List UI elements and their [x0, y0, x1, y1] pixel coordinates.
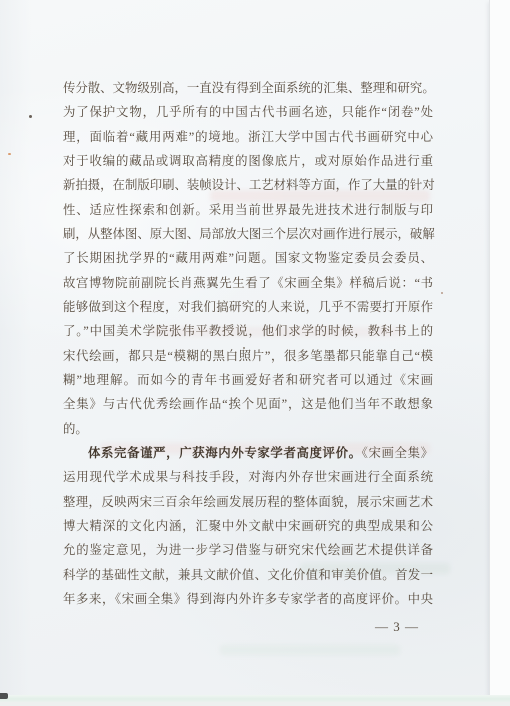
text-line: 性、适应性探索和创新。采用当前世界最先进技术进行制版与印 — [63, 198, 433, 222]
paper-speck — [441, 292, 443, 294]
text-line: 故宫博物院前副院长肖燕翼先生看了《宋画全集》样稿后说：“书 — [63, 271, 433, 295]
text-line: 理，面临着“藏用两难”的境地。浙江大学中国古代书画研究中心 — [63, 125, 433, 149]
line-rest: 《宋画全集》 — [362, 446, 433, 460]
scan-page-bottom-edge — [0, 695, 510, 702]
text-line: 宋代绘画，都只是“模糊的黑白照片”，很多笔墨都只能靠自己“模 — [63, 344, 433, 368]
bold-lead-in: 体系完备谨严，广获海内外专家学者高度评价。 — [88, 446, 362, 460]
paper-speck — [243, 347, 245, 349]
scan-background-strip — [0, 702, 510, 706]
text-line: 整理，反映两宋三百余年绘画发展历程的整体面貌，展示宋画艺术 — [63, 490, 433, 514]
text-line: 体系完备谨严，广获海内外专家学者高度评价。《宋画全集》 — [63, 441, 433, 465]
text-line: 糊”地理解。而如今的青年书画爱好者和研究者可以通过《宋画 — [63, 368, 433, 392]
text-line: 为了保护文物，几乎所有的中国古代书画名迹，只能作“闭卷”处 — [63, 100, 433, 124]
text-line: 全集》与古代优秀绘画作品“挨个见面”，这是他们当年不敢想象 — [63, 392, 433, 416]
text-line: 对于收编的藏品或调取高精度的图像底片，或对原始作品进行重 — [63, 149, 433, 173]
text-line: 传分散、文物级别高，一直没有得到全面系统的汇集、整理和研究。 — [63, 76, 433, 100]
scan-corner-notch — [0, 693, 8, 699]
ink-bleedthrough-artifact — [220, 645, 400, 655]
text-line: 年多来，《宋画全集》得到海内外许多专家学者的高度评价。中央 — [63, 587, 433, 611]
text-line: 运用现代学术成果与科技手段，对海内外存世宋画进行全面系统 — [63, 465, 433, 489]
text-line: 了长期困扰学界的“藏用两难”问题。国家文物鉴定委员会委员、 — [63, 246, 433, 270]
scan-page-right-edge — [489, 0, 510, 706]
text-line: 新拍摄，在制版印刷、装帧设计、工艺材料等方面，作了大量的针对 — [63, 173, 433, 197]
paper-speck — [29, 115, 32, 118]
paper-speck — [8, 153, 11, 155]
text-line: 了。”中国美术学院张伟平教授说，他们求学的时候，教科书上的 — [63, 319, 433, 343]
scanned-page: 传分散、文物级别高，一直没有得到全面系统的汇集、整理和研究。为了保护文物，几乎所… — [0, 0, 510, 706]
document-text-block: 传分散、文物级别高，一直没有得到全面系统的汇集、整理和研究。为了保护文物，几乎所… — [63, 76, 433, 611]
text-line: 能够做到这个程度，对我们搞研究的人来说，几乎不需要打开原作 — [63, 295, 433, 319]
text-line: 科学的基础性文献，兼具文献价值、文化价值和审美价值。首发一 — [63, 563, 433, 587]
text-line: 的。 — [63, 417, 433, 441]
text-line: 博大精深的文化内涵，汇聚中外文献中宋画研究的典型成果和公 — [63, 514, 433, 538]
page-number: — 3 — — [368, 617, 426, 637]
text-line: 刷，从整体图、原大图、局部放大图三个层次对画作进行展示，破解 — [63, 222, 433, 246]
text-line: 允的鉴定意见，为进一步学习借鉴与研究宋代绘画艺术提供详备 — [63, 538, 433, 562]
